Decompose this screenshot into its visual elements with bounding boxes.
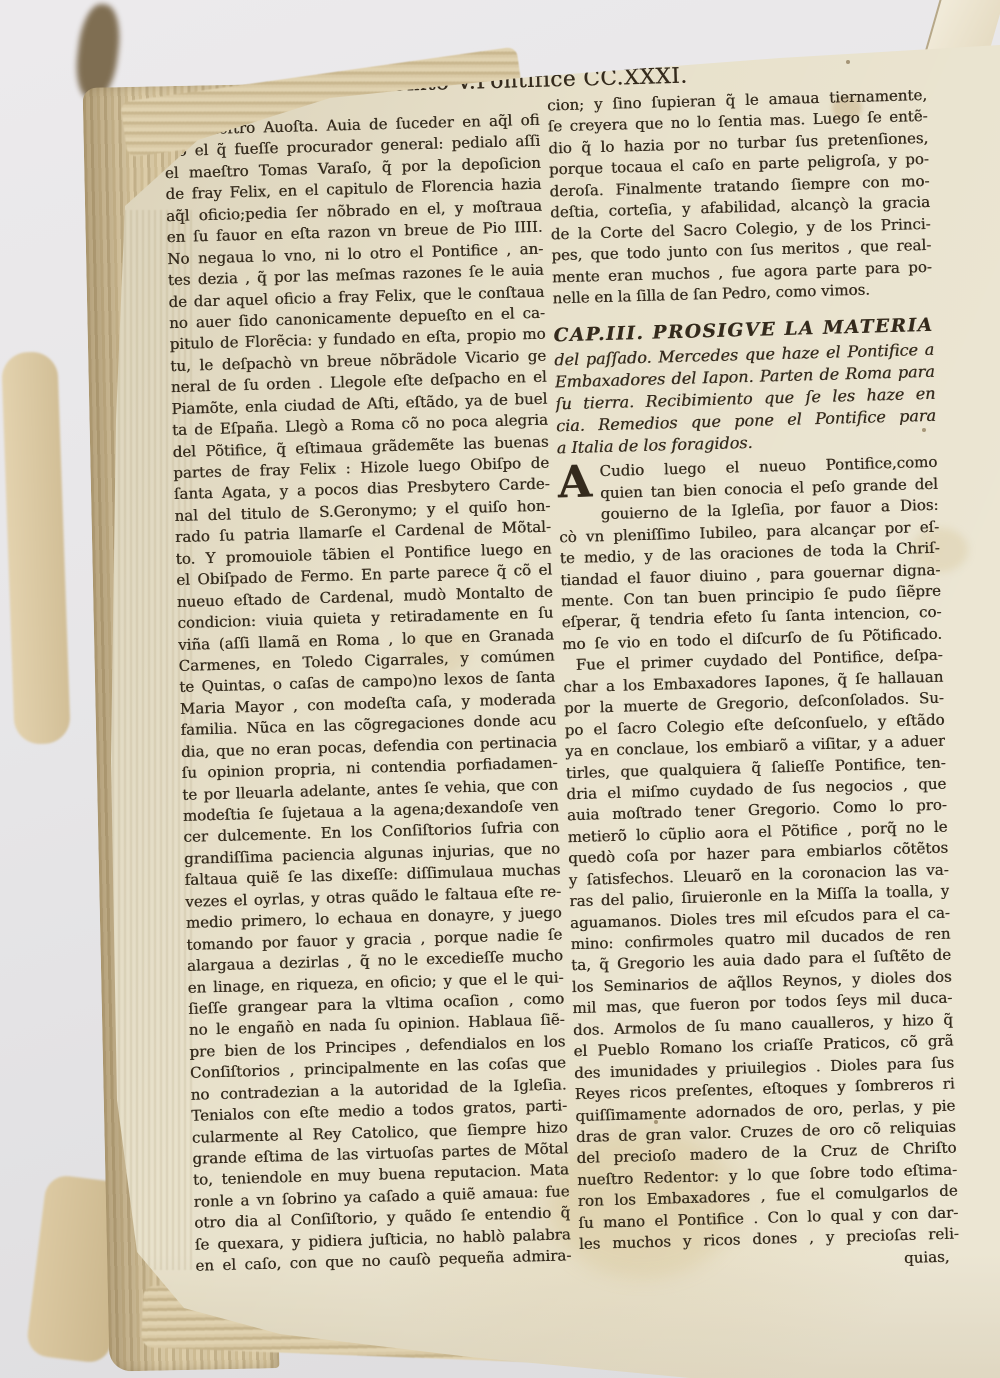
drop-cap: A <box>557 464 592 506</box>
printed-text-area: 264 Sixto V.Pontifice CC.XXXI. del maeſt… <box>154 44 990 1356</box>
book-page: 264 Sixto V.Pontifice CC.XXXI. del maeſt… <box>0 0 1000 1378</box>
second-paragraph: Fue el primer cuydado del Pontifice, deſ… <box>562 645 959 1256</box>
left-text-column: del maeſtro Auoſta. Auia de ſuceder en a… <box>163 110 571 1278</box>
right-column-first-paragraph: cion; y ſino ſupieran q̃ le amaua tierna… <box>547 85 933 310</box>
photo-of-book: 264 Sixto V.Pontifice CC.XXXI. del maeſt… <box>0 0 1000 1378</box>
chapter-summary: del paſſado. Mercedes que haze el Pontif… <box>554 339 937 460</box>
paragraph-with-dropcap: A Cudio luego el nueuo Pontifice,comoqui… <box>557 452 942 655</box>
chapter-heading: CAP.III. PROSIGVE LA MATERIA del paſſado… <box>553 312 937 460</box>
dropcap-paragraph-body: Cudio luego el nueuo Pontifice,comoquien… <box>557 452 942 655</box>
right-text-column: cion; y ſino ſupieran q̃ le amaua tierna… <box>547 85 960 1278</box>
